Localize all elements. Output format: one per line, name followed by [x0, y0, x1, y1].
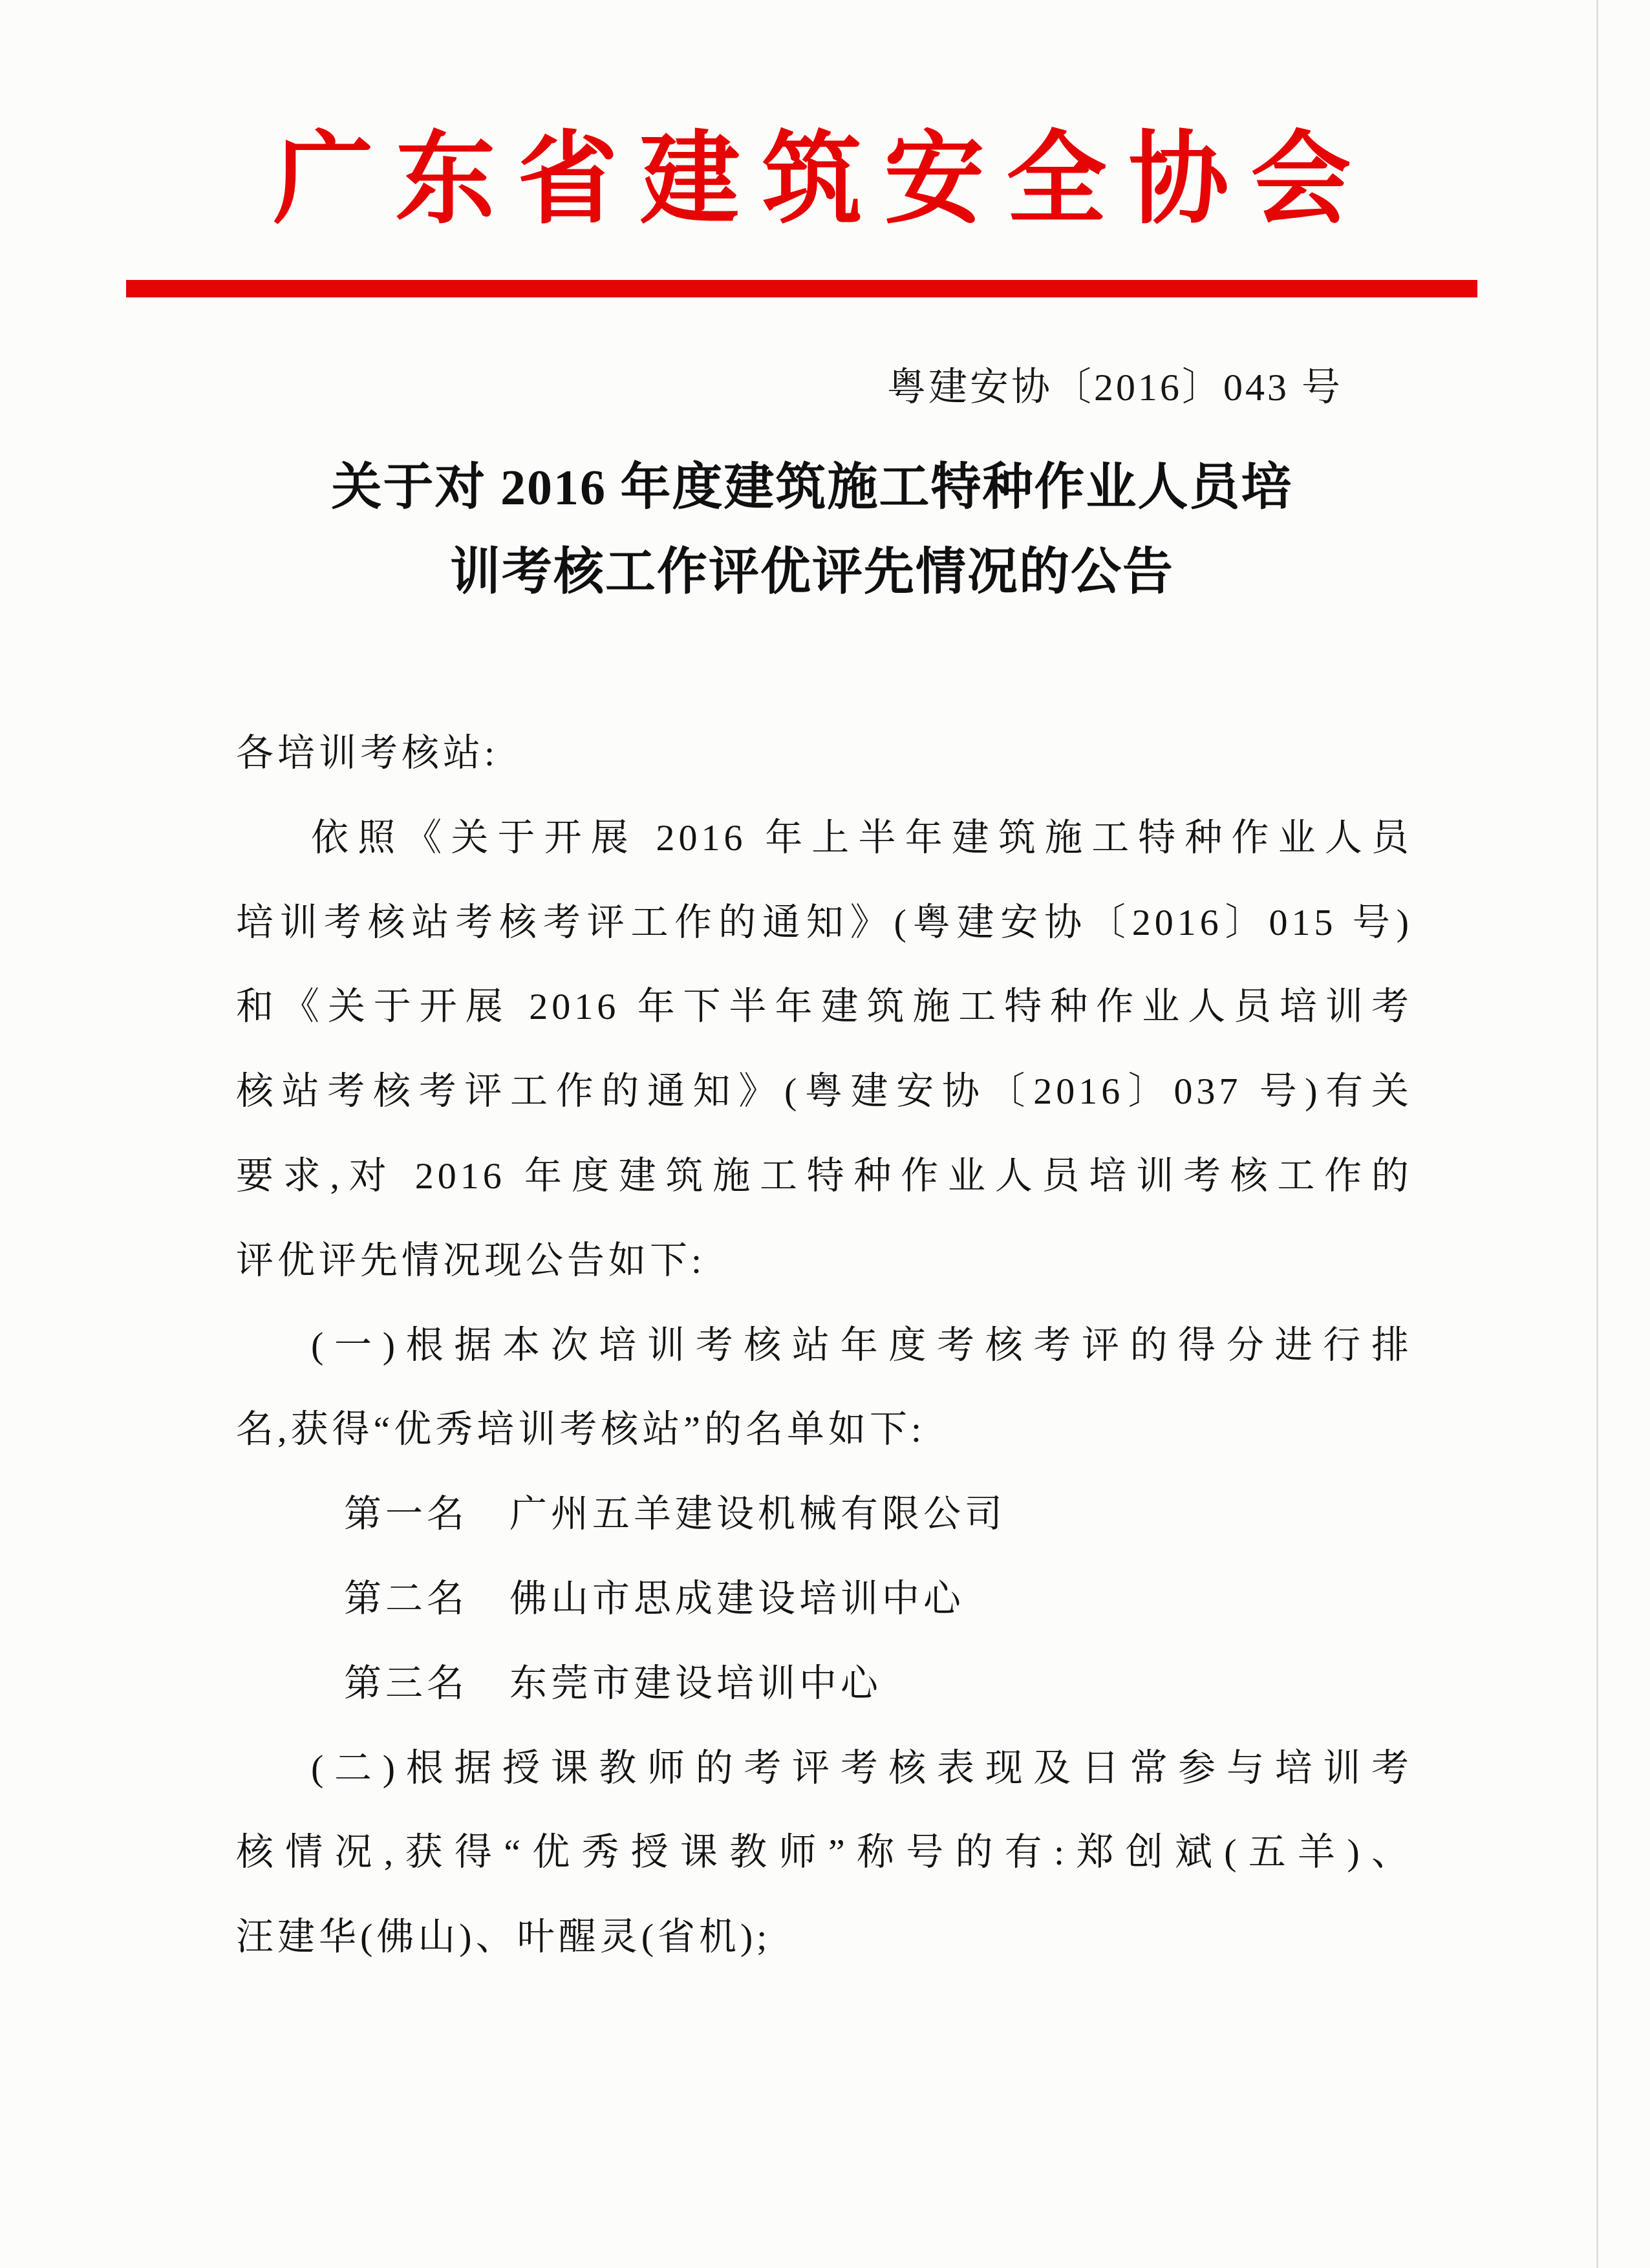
document-title: 关于对 2016 年度建筑施工特种作业人员培 训考核工作评优评先情况的公告: [0, 445, 1624, 614]
scanned-document-page: 广东省建筑安全协会 粤建安协〔2016〕043 号 关于对 2016 年度建筑施…: [0, 0, 1650, 2268]
body-line: 各培训考核站:: [236, 711, 1413, 796]
document-number: 粤建安协〔2016〕043 号: [887, 365, 1343, 410]
body-line: 名,获得“优秀培训考核站”的名单如下:: [236, 1387, 1413, 1472]
body-line: 第三名 东莞市建设培训中心: [236, 1642, 1413, 1726]
body-line: 第二名 佛山市思成建设培训中心: [236, 1557, 1413, 1642]
body-line: 评优评先情况现公告如下:: [236, 1219, 1413, 1303]
header-red-rule: [126, 280, 1477, 297]
body-line: 第一名 广州五羊建设机械有限公司: [236, 1472, 1413, 1557]
body-line: 汪建华(佛山)、叶醒灵(省机);: [236, 1895, 1413, 1980]
body-line: 核站考核考评工作的通知》(粤建安协〔2016〕037 号)有关: [236, 1049, 1413, 1134]
body-line: (一)根据本次培训考核站年度考核考评的得分进行排: [236, 1303, 1413, 1388]
body-line: 培训考核站考核考评工作的通知》(粤建安协〔2016〕015 号): [236, 881, 1413, 965]
body-line: (二)根据授课教师的考评考核表现及日常参与培训考: [236, 1726, 1413, 1811]
document-title-line2: 训考核工作评优评先情况的公告: [0, 530, 1624, 614]
scan-edge-line: [1596, 0, 1598, 2268]
body-line: 依照《关于开展 2016 年上半年建筑施工特种作业人员: [236, 796, 1413, 881]
body-line: 要求,对 2016 年度建筑施工特种作业人员培训考核工作的: [236, 1134, 1413, 1219]
body-line: 核情况,获得“优秀授课教师”称号的有:郑创斌(五羊)、: [236, 1810, 1413, 1895]
document-title-line1: 关于对 2016 年度建筑施工特种作业人员培: [0, 445, 1624, 530]
body-line: 和《关于开展 2016 年下半年建筑施工特种作业人员培训考: [236, 965, 1413, 1049]
document-body: 各培训考核站: 依照《关于开展 2016 年上半年建筑施工特种作业人员 培训考核…: [236, 711, 1413, 1980]
organization-header-title: 广东省建筑安全协会: [0, 120, 1624, 240]
